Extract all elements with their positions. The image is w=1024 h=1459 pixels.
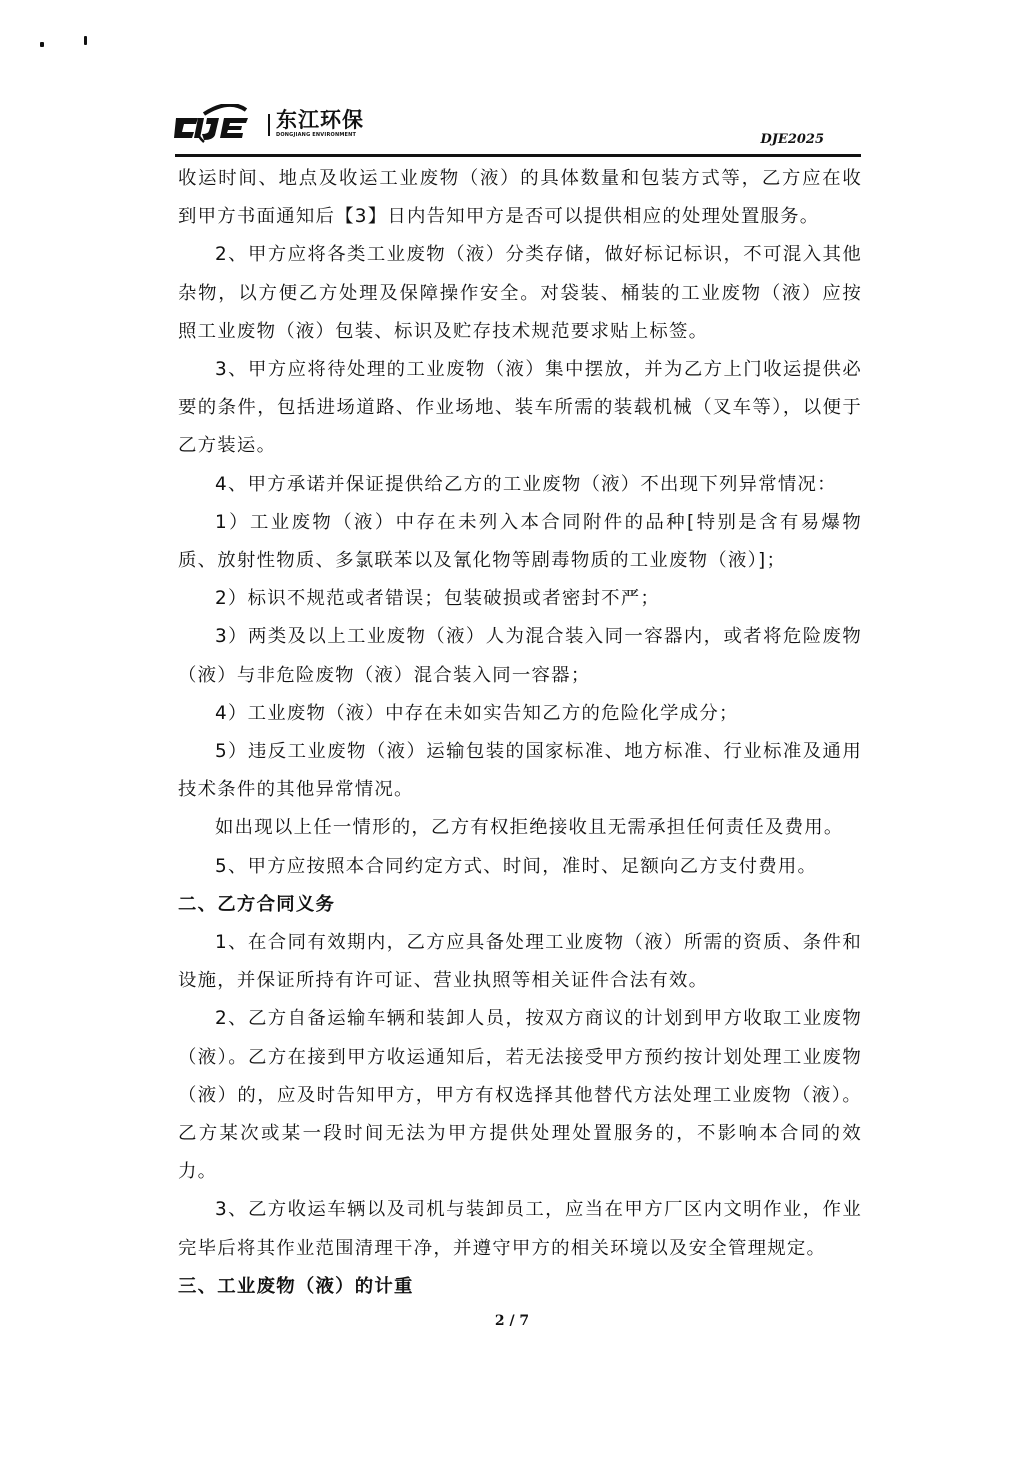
clause-paragraph: 2、乙方自备运输车辆和装卸人员，按双方商议的计划到甲方收取工业废物（液）。乙方在… <box>178 1000 862 1191</box>
section-heading: 三、工业废物（液）的计重 <box>178 1268 862 1306</box>
sub-clause-paragraph: 5）违反工业废物（液）运输包装的国家标准、地方标准、行业标准及通用技术条件的其他… <box>178 733 862 809</box>
clause-paragraph: 3、乙方收运车辆以及司机与装卸员工，应当在甲方厂区内文明作业，作业完毕后将其作业… <box>178 1191 862 1267</box>
sub-clause-paragraph: 3）两类及以上工业废物（液）人为混合装入同一容器内，或者将危险废物（液）与非危险… <box>178 618 862 694</box>
clause-paragraph: 2、甲方应将各类工业废物（液）分类存储，做好标记标识，不可混入其他杂物，以方便乙… <box>178 236 862 351</box>
clause-paragraph: 3、甲方应将待处理的工业废物（液）集中摆放，并为乙方上门收运提供必要的条件，包括… <box>178 351 862 466</box>
clause-paragraph: 4、甲方承诺并保证提供给乙方的工业废物（液）不出现下列异常情况： <box>178 466 862 504</box>
company-logo: 东江环保 DONGJIANG ENVIRONMENT <box>172 96 432 148</box>
section-heading: 二、乙方合同义务 <box>178 886 862 924</box>
document-code: DJE2025 <box>760 132 824 147</box>
header-rule <box>175 154 861 157</box>
clause-paragraph: 如出现以上任一情形的，乙方有权拒绝接收且无需承担任何责任及费用。 <box>178 809 862 847</box>
clause-paragraph: 5、甲方应按照本合同约定方式、时间，准时、足额向乙方支付费用。 <box>178 848 862 886</box>
sub-clause-paragraph: 4）工业废物（液）中存在未如实告知乙方的危险化学成分； <box>178 695 862 733</box>
page-header: 东江环保 DONGJIANG ENVIRONMENT DJE2025 <box>172 96 860 152</box>
sub-clause-paragraph: 1）工业废物（液）中存在未列入本合同附件的品种[特别是含有易爆物质、放射性物质、… <box>178 504 862 580</box>
sub-clause-paragraph: 2）标识不规范或者错误；包装破损或者密封不严； <box>178 580 862 618</box>
paragraph-continuation: 收运时间、地点及收运工业废物（液）的具体数量和包装方式等，乙方应在收到甲方书面通… <box>178 160 862 236</box>
page-number: 2 / 7 <box>0 1313 1024 1329</box>
clause-paragraph: 1、在合同有效期内，乙方应具备处理工业废物（液）所需的资质、条件和设施，并保证所… <box>178 924 862 1000</box>
scan-speck <box>84 36 87 45</box>
logo-text-en: DONGJIANG ENVIRONMENT <box>276 132 356 138</box>
logo-divider <box>268 114 270 136</box>
document-body: 收运时间、地点及收运工业废物（液）的具体数量和包装方式等，乙方应在收到甲方书面通… <box>178 160 862 1306</box>
scan-speck <box>40 42 44 47</box>
dje-logo-icon <box>174 104 264 144</box>
logo-text-cn: 东江环保 <box>276 108 364 132</box>
